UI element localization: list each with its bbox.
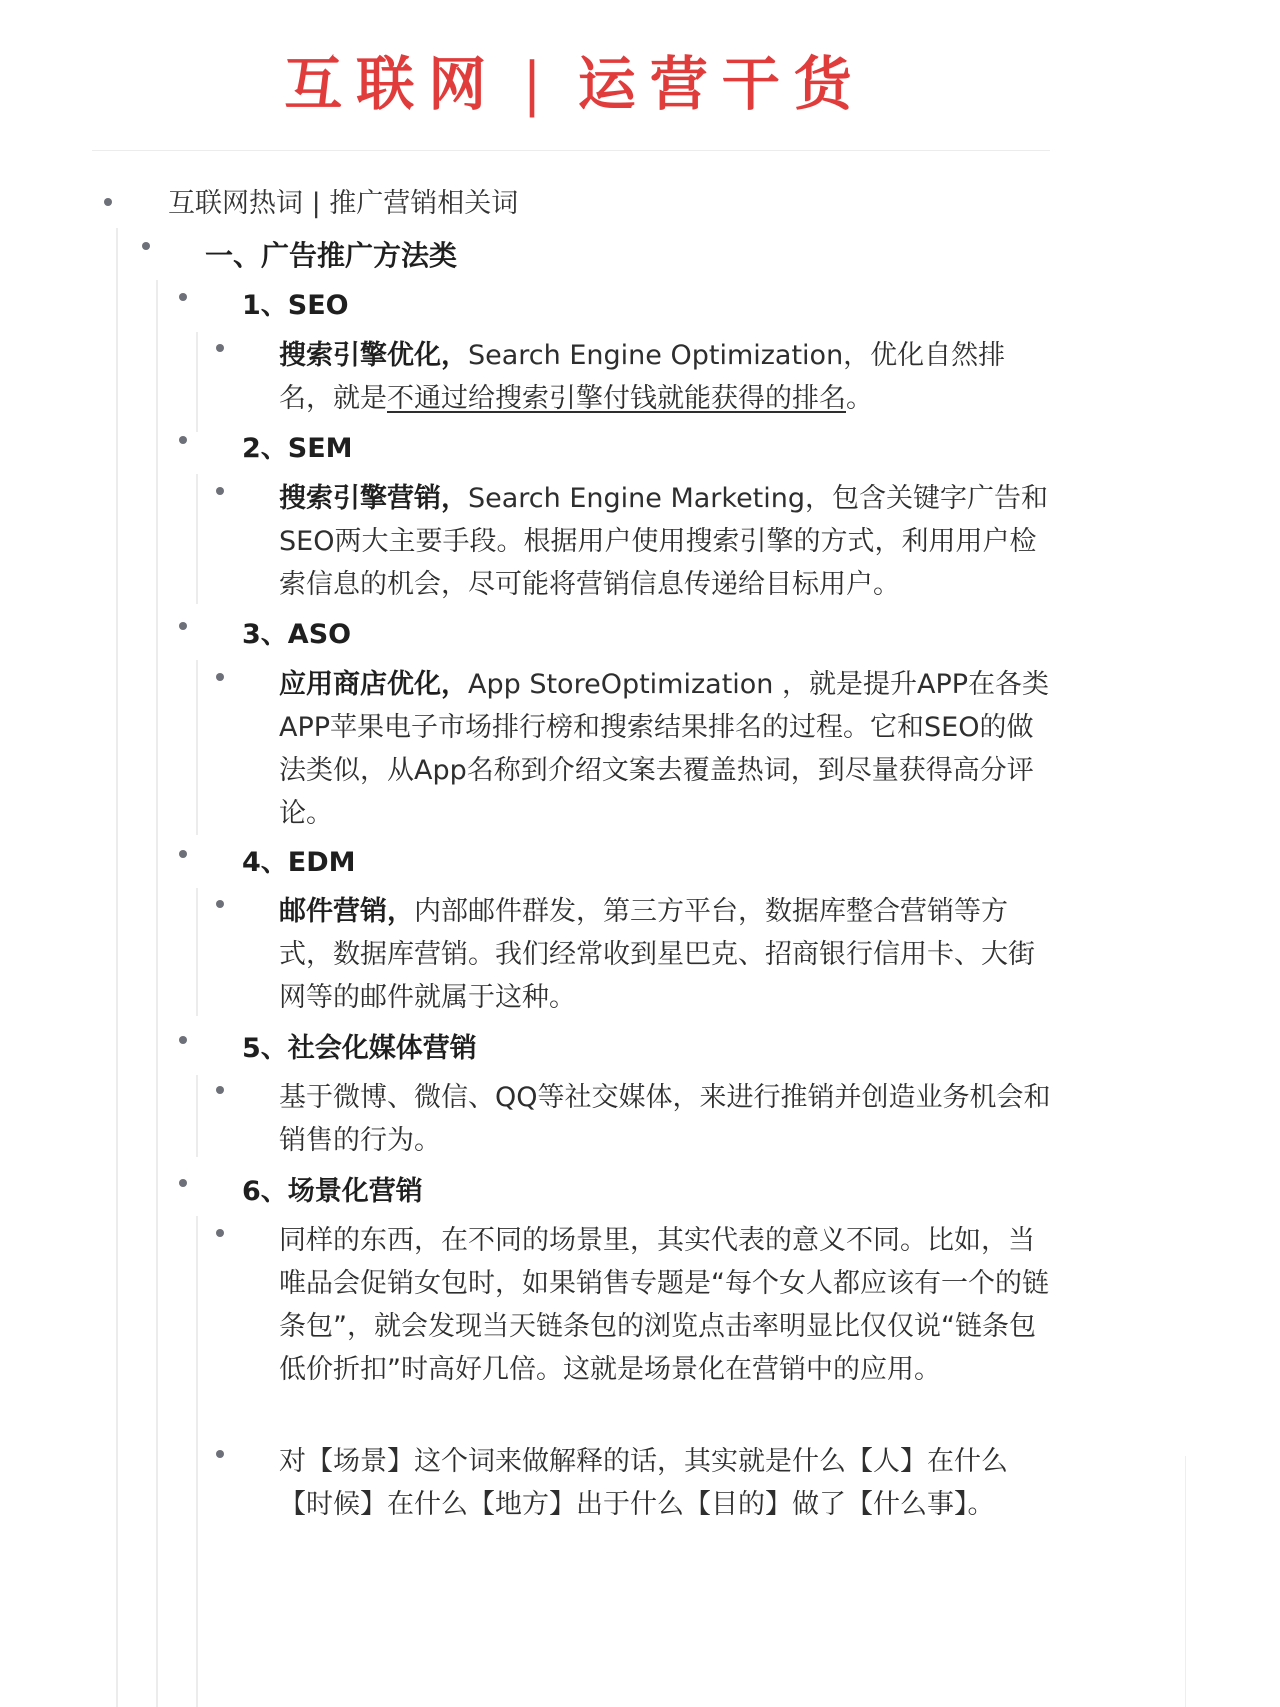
bullet-icon (179, 1179, 187, 1187)
item-heading: 5、社会化媒体营销 (242, 1027, 477, 1070)
item-body: 搜索引擎营销，Search Engine Marketing，包含关键字广告和S… (279, 477, 1054, 606)
bullet-icon (216, 673, 224, 681)
item-body: 搜索引擎优化，Search Engine Optimization，优化自然排名… (279, 334, 1054, 420)
page-title: 互联网|运营干货 (0, 48, 1150, 120)
bullet-icon (179, 436, 187, 444)
outline-guide-level2-sem (196, 474, 198, 604)
item-body: 基于微博、微信、QQ等社交媒体，来进行推销并创造业务机会和销售的行为。 (279, 1076, 1054, 1162)
item-body: 同样的东西，在不同的场景里，其实代表的意义不同。比如，当唯品会促销女包时，如果销… (279, 1219, 1054, 1391)
outline-guide-level1 (156, 280, 158, 1707)
bullet-icon (179, 850, 187, 858)
title-left: 互联网 (284, 50, 500, 118)
item-heading: 3、ASO (242, 613, 351, 656)
underlined-text: 不通过给搜索引擎付钱就能获得的排名 (387, 383, 846, 414)
section-heading: 一、广告推广方法类 (205, 234, 457, 277)
item-body: 对【场景】这个词来做解释的话，其实就是什么【人】在什么【时候】在什么【地方】出于… (279, 1440, 1054, 1526)
outline-guide-level0 (116, 228, 118, 1707)
item-body: 应用商店优化，App StoreOptimization ，就是提升APP在各类… (279, 663, 1054, 835)
outline-guide-level2-seo (196, 332, 198, 432)
title-separator: | (522, 48, 556, 120)
item-heading: 6、场景化营销 (242, 1170, 423, 1213)
page-edge-line (1185, 1456, 1186, 1707)
outline-guide-level2-social (196, 1075, 198, 1157)
outline-guide-level2-aso (196, 660, 198, 835)
bullet-icon (216, 487, 224, 495)
bullet-icon (216, 1086, 224, 1094)
bullet-icon (216, 900, 224, 908)
title-divider (92, 150, 1050, 151)
bullet-icon (179, 293, 187, 301)
item-heading: 1、SEO (242, 284, 349, 327)
outline-guide-level2-edm (196, 888, 198, 1016)
outline-root-label: 互联网热词 | 推广营销相关词 (168, 182, 518, 225)
bullet-icon (216, 1450, 224, 1458)
bullet-icon (216, 344, 224, 352)
bullet-icon (216, 1229, 224, 1237)
bullet-icon (104, 198, 112, 206)
title-right: 运营干货 (578, 50, 866, 118)
bullet-icon (179, 622, 187, 630)
item-heading: 4、EDM (242, 841, 356, 884)
item-body: 邮件营销，内部邮件群发，第三方平台，数据库整合营销等方式，数据库营销。我们经常收… (279, 890, 1054, 1019)
item-heading: 2、SEM (242, 427, 353, 470)
outline-guide-level2-scene (196, 1216, 198, 1707)
bullet-icon (142, 242, 150, 250)
bullet-icon (179, 1036, 187, 1044)
